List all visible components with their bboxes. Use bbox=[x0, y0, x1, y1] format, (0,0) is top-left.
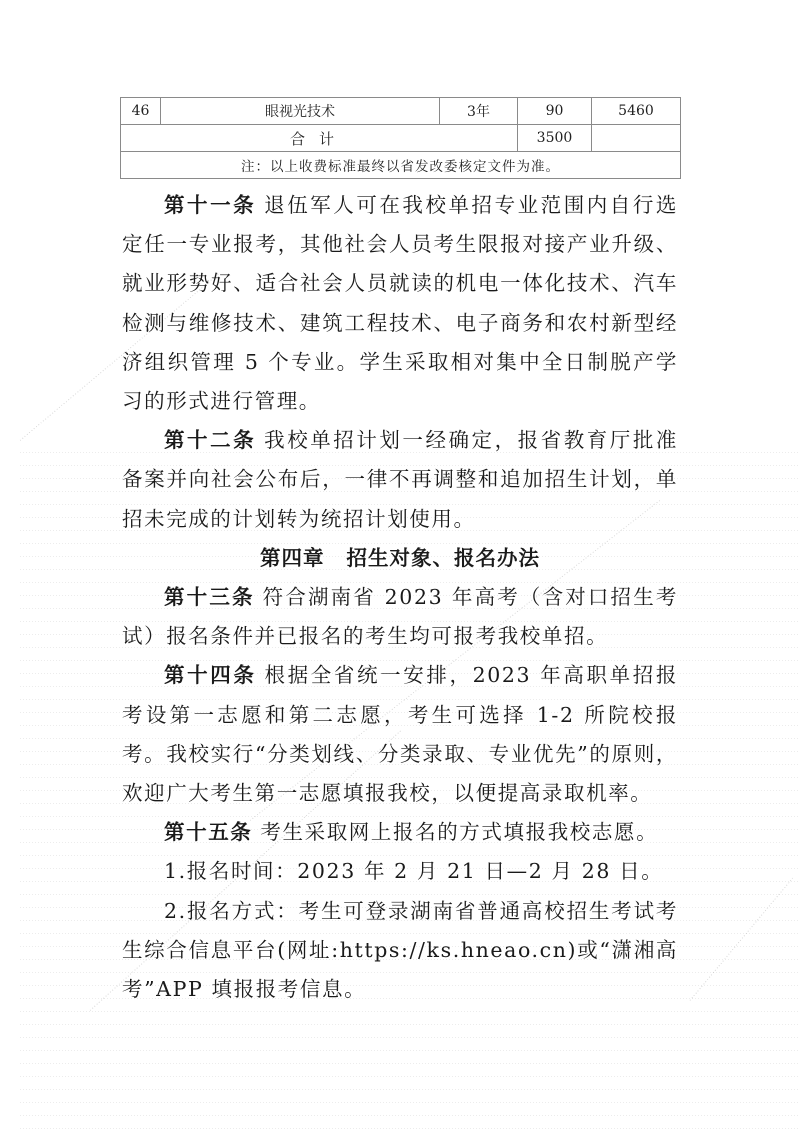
total-plan: 3500 bbox=[518, 125, 592, 152]
item-registration-method: 2.报名方式：考生可登录湖南省普通高校招生考试考生综合信息平台(网址:https… bbox=[122, 892, 678, 1010]
article-number: 第十二条 bbox=[164, 428, 256, 452]
document-body: 第十一条退伍军人可在我校单招专业范围内自行选定任一专业报考，其他社会人员考生限报… bbox=[122, 186, 678, 1009]
table-note: 注：以上收费标准最终以省发改委核定文件为准。 bbox=[121, 152, 681, 179]
article-text: 考生采取网上报名的方式填报我校志愿。 bbox=[260, 820, 658, 844]
cell-fee: 5460 bbox=[592, 98, 681, 125]
total-fee bbox=[592, 125, 681, 152]
cell-major: 眼视光技术 bbox=[161, 98, 440, 125]
item-registration-time: 1.报名时间：2023 年 2 月 21 日—2 月 28 日。 bbox=[122, 852, 678, 891]
item-label: 2.报名方式： bbox=[164, 899, 299, 923]
table-row: 46 眼视光技术 3年 90 5460 bbox=[121, 98, 681, 125]
article-number: 第十五条 bbox=[164, 820, 252, 844]
article-14: 第十四条根据全省统一安排，2023 年高职单招报考设第一志愿和第二志愿，考生可选… bbox=[122, 656, 678, 813]
table-total-row: 合计 3500 bbox=[121, 125, 681, 152]
article-13: 第十三条符合湖南省 2023 年高考（含对口招生考试）报名条件并已报名的考生均可… bbox=[122, 578, 678, 656]
chapter-number: 第四章 bbox=[260, 546, 325, 570]
item-text: 2023 年 2 月 21 日—2 月 28 日。 bbox=[297, 859, 663, 883]
article-text: 退伍军人可在我校单招专业范围内自行选定任一专业报考，其他社会人员考生限报对接产业… bbox=[122, 193, 678, 413]
item-label: 1.报名时间： bbox=[164, 859, 297, 883]
total-label: 合计 bbox=[121, 125, 518, 152]
chapter-heading: 第四章招生对象、报名办法 bbox=[122, 539, 678, 578]
cell-years: 3年 bbox=[440, 98, 518, 125]
fee-table: 46 眼视光技术 3年 90 5460 合计 3500 注：以上收费标准最终以省… bbox=[120, 97, 681, 179]
article-number: 第十四条 bbox=[164, 663, 257, 687]
article-12: 第十二条我校单招计划一经确定，报省教育厅批准备案并向社会公布后，一律不再调整和追… bbox=[122, 421, 678, 539]
cell-plan: 90 bbox=[518, 98, 592, 125]
document-page: 46 眼视光技术 3年 90 5460 合计 3500 注：以上收费标准最终以省… bbox=[0, 0, 800, 1131]
article-number: 第十三条 bbox=[164, 585, 255, 609]
article-15: 第十五条考生采取网上报名的方式填报我校志愿。 bbox=[122, 813, 678, 852]
table-note-row: 注：以上收费标准最终以省发改委核定文件为准。 bbox=[121, 152, 681, 179]
article-number: 第十一条 bbox=[164, 193, 256, 217]
chapter-title: 招生对象、报名办法 bbox=[347, 546, 541, 570]
cell-no: 46 bbox=[121, 98, 161, 125]
article-11: 第十一条退伍军人可在我校单招专业范围内自行选定任一专业报考，其他社会人员考生限报… bbox=[122, 186, 678, 421]
